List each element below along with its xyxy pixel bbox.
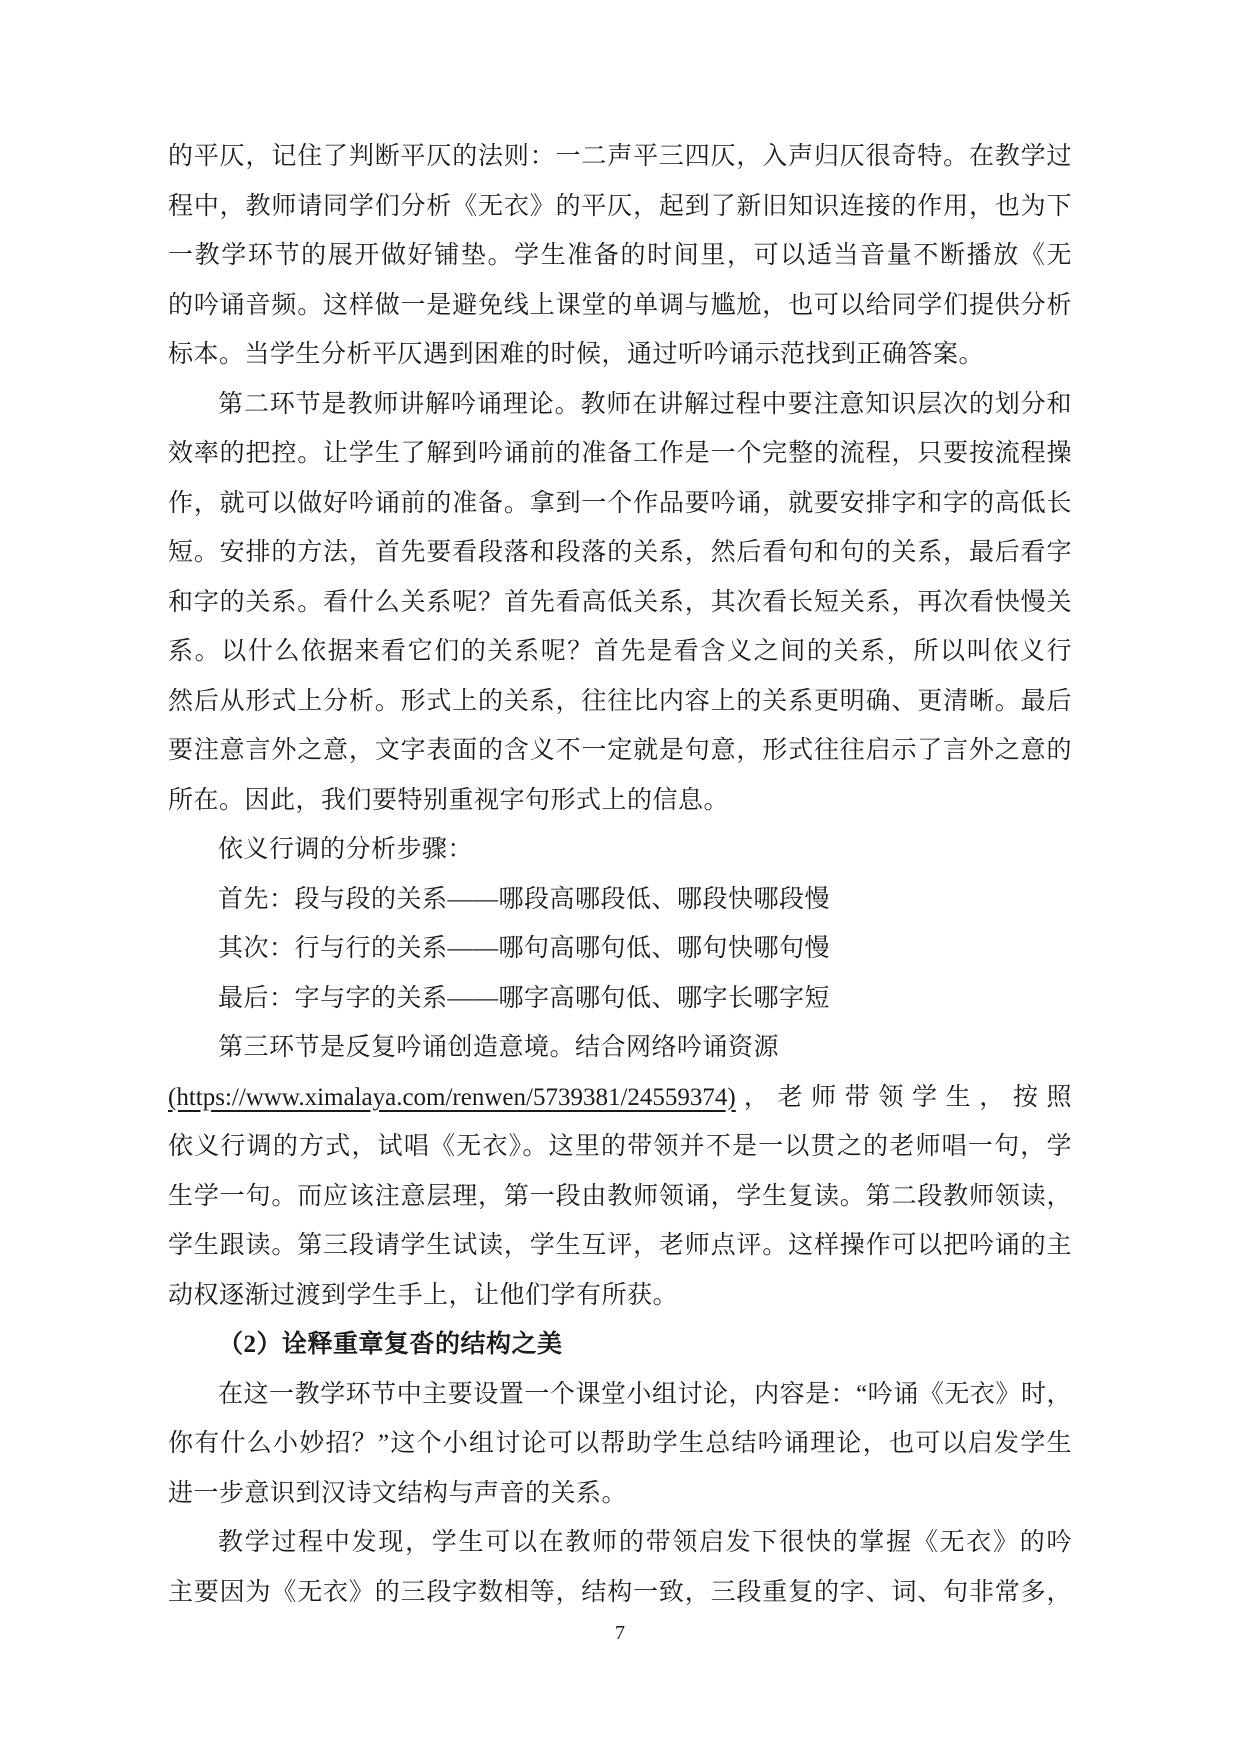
text-line: 你有什么小妙招？”这个小组讨论可以帮助学生总结吟诵理论，也可以启发学生 bbox=[168, 1419, 1072, 1469]
text-line: 程中，教师请同学们分析《无衣》的平仄，起到了新旧知识连接的作用，也为下 bbox=[168, 182, 1072, 232]
text-line: 依义行调的方式，试唱《无衣》。这里的带领并不是一以贯之的老师唱一句，学 bbox=[168, 1122, 1072, 1172]
text-line: 学生跟读。第三段请学生试读，学生互评，老师点评。这样操作可以把吟诵的主 bbox=[168, 1221, 1072, 1271]
document-page: 的平仄，记住了判断平仄的法则：一二声平三四仄，入声归仄很奇特。在教学过程中，教师… bbox=[0, 0, 1240, 1754]
text-line: 和字的关系。看什么关系呢？首先看高低关系，其次看长短关系，再次看快慢关 bbox=[168, 578, 1072, 628]
section-heading: （2）诠释重章复沓的结构之美 bbox=[168, 1320, 1072, 1370]
text-line: 动权逐渐过渡到学生手上，让他们学有所获。 bbox=[168, 1271, 1072, 1321]
text-line: 的平仄，记住了判断平仄的法则：一二声平三四仄，入声归仄很奇特。在教学过 bbox=[168, 132, 1072, 182]
text-line: 作，就可以做好吟诵前的准备。拿到一个作品要吟诵，就要安排字和字的高低长 bbox=[168, 479, 1072, 529]
text-line: 主要因为《无衣》的三段字数相等，结构一致，三段重复的字、词、句非常多， bbox=[168, 1568, 1072, 1618]
text-line: 系。以什么依据来看它们的关系呢？首先是看含义之间的关系，所以叫依义行调。 bbox=[168, 627, 1072, 677]
text-line: (https://www.ximalaya.com/renwen/5739381… bbox=[168, 1073, 1072, 1123]
hyperlink-url[interactable]: (https://www.ximalaya.com/renwen/5739381… bbox=[168, 1084, 736, 1111]
text-line: 进一步意识到汉诗文结构与声音的关系。 bbox=[168, 1469, 1072, 1519]
text-line: 第三环节是反复吟诵创造意境。结合网络吟诵资源 bbox=[168, 1023, 1072, 1073]
text-line: 生学一句。而应该注意层理，第一段由教师领诵，学生复读。第二段教师领读， bbox=[168, 1172, 1072, 1222]
text-after-link: ，老师带领学生，按照 bbox=[736, 1084, 1072, 1111]
text-line: 标本。当学生分析平仄遇到困难的时候，通过听吟诵示范找到正确答案。 bbox=[168, 330, 1072, 380]
text-line: 一教学环节的展开做好铺垫。学生准备的时间里，可以适当音量不断播放《无衣》 bbox=[168, 231, 1072, 281]
text-line: 效率的把控。让学生了解到吟诵前的准备工作是一个完整的流程，只要按流程操 bbox=[168, 429, 1072, 479]
page-number: 7 bbox=[615, 1622, 625, 1644]
document-body: 的平仄，记住了判断平仄的法则：一二声平三四仄，入声归仄很奇特。在教学过程中，教师… bbox=[168, 132, 1072, 1617]
text-line: 要注意言外之意，文字表面的含义不一定就是句意，形式往往启示了言外之意的 bbox=[168, 726, 1072, 776]
text-line: 短。安排的方法，首先要看段落和段落的关系，然后看句和句的关系，最后看字 bbox=[168, 528, 1072, 578]
text-line: 第二环节是教师讲解吟诵理论。教师在讲解过程中要注意知识层次的划分和 bbox=[168, 380, 1072, 430]
text-line: 其次：行与行的关系——哪句高哪句低、哪句快哪句慢 bbox=[168, 924, 1072, 974]
text-line: 的吟诵音频。这样做一是避免线上课堂的单调与尴尬，也可以给同学们提供分析 bbox=[168, 281, 1072, 331]
page-footer: 7 bbox=[0, 1622, 1240, 1645]
text-line: 首先：段与段的关系——哪段高哪段低、哪段快哪段慢 bbox=[168, 875, 1072, 925]
text-line: 然后从形式上分析。形式上的关系，往往比内容上的关系更明确、更清晰。最后 bbox=[168, 677, 1072, 727]
text-line: 最后：字与字的关系——哪字高哪句低、哪字长哪字短 bbox=[168, 974, 1072, 1024]
text-line: 在这一教学环节中主要设置一个课堂小组讨论，内容是：“吟诵《无衣》时， bbox=[168, 1370, 1072, 1420]
text-line: 教学过程中发现，学生可以在教师的带领启发下很快的掌握《无衣》的吟诵， bbox=[168, 1518, 1072, 1568]
text-line: 依义行调的分析步骤： bbox=[168, 825, 1072, 875]
text-line: 所在。因此，我们要特别重视字句形式上的信息。 bbox=[168, 776, 1072, 826]
